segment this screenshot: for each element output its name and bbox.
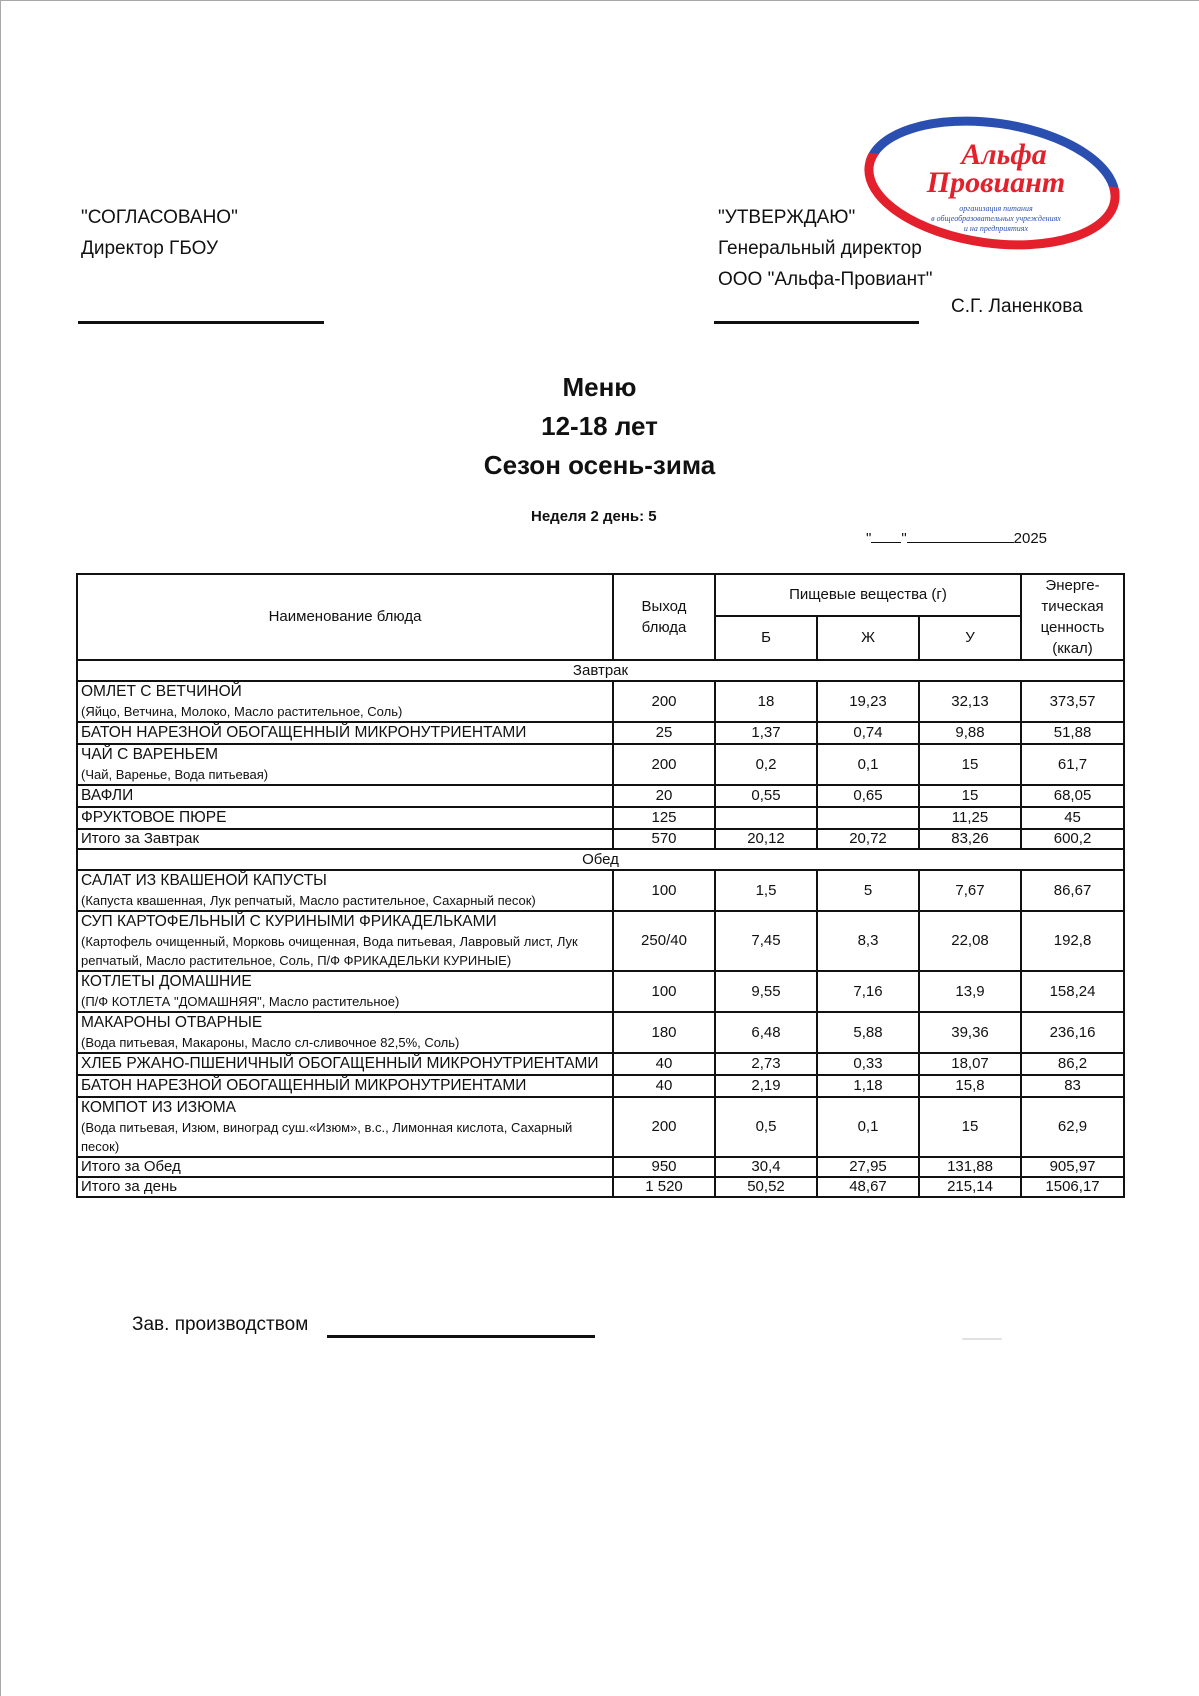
cell-energy: 192,8 bbox=[1021, 911, 1124, 971]
cell-carbs: 15 bbox=[919, 785, 1021, 807]
section-title: Завтрак bbox=[77, 660, 1124, 681]
header-dish: Наименование блюда bbox=[77, 574, 613, 660]
cell-fat: 5,88 bbox=[817, 1012, 919, 1053]
date-year: 2025 bbox=[1014, 530, 1047, 547]
cell-carbs: 18,07 bbox=[919, 1053, 1021, 1075]
cell-carbs: 22,08 bbox=[919, 911, 1021, 971]
header-fat: Ж bbox=[817, 616, 919, 660]
dish-ingredients: (Картофель очищенный, Морковь очищенная,… bbox=[81, 932, 609, 970]
dish-ingredients: (Вода питьевая, Макароны, Масло сл-сливо… bbox=[81, 1033, 609, 1052]
title-line3: Сезон осень-зима bbox=[0, 446, 1199, 485]
cell-protein: 0,2 bbox=[715, 744, 817, 785]
cell-energy: 62,9 bbox=[1021, 1097, 1124, 1157]
dish-cell: БАТОН НАРЕЗНОЙ ОБОГАЩЕННЫЙ МИКРОНУТРИЕНТ… bbox=[77, 722, 613, 744]
cell-energy: 83 bbox=[1021, 1075, 1124, 1097]
cell-fat: 19,23 bbox=[817, 681, 919, 722]
cell-yield: 200 bbox=[613, 681, 715, 722]
cell-energy: 1506,17 bbox=[1021, 1177, 1124, 1197]
cell-energy: 86,67 bbox=[1021, 870, 1124, 911]
faint-mark bbox=[962, 1338, 1002, 1340]
cell-energy: 158,24 bbox=[1021, 971, 1124, 1012]
section-total-row: Итого за Завтрак57020,1220,7283,26600,2 bbox=[77, 829, 1124, 849]
day-total-row: Итого за день1 52050,5248,67215,141506,1… bbox=[77, 1177, 1124, 1197]
dish-cell: КОТЛЕТЫ ДОМАШНИЕ(П/Ф КОТЛЕТА "ДОМАШНЯЯ",… bbox=[77, 971, 613, 1012]
signature-line-right bbox=[714, 321, 919, 324]
dish-cell: ХЛЕБ РЖАНО-ПШЕНИЧНЫЙ ОБОГАЩЕННЫЙ МИКРОНУ… bbox=[77, 1053, 613, 1075]
cell-yield: 100 bbox=[613, 870, 715, 911]
logo-tagline1: организация питания bbox=[959, 204, 1033, 213]
cell-energy: 905,97 bbox=[1021, 1157, 1124, 1177]
cell-yield: 570 bbox=[613, 829, 715, 849]
approval-right-position: Генеральный директор bbox=[718, 233, 933, 264]
dish-cell: СУП КАРТОФЕЛЬНЫЙ С КУРИНЫМИ ФРИКАДЕЛЬКАМ… bbox=[77, 911, 613, 971]
cell-carbs: 39,36 bbox=[919, 1012, 1021, 1053]
cell-fat: 20,72 bbox=[817, 829, 919, 849]
dish-ingredients: (Вода питьевая, Изюм, виноград суш.«Изюм… bbox=[81, 1118, 609, 1156]
cell-fat: 8,3 bbox=[817, 911, 919, 971]
dish-cell: ОМЛЕТ С ВЕТЧИНОЙ(Яйцо, Ветчина, Молоко, … bbox=[77, 681, 613, 722]
cell-carbs: 83,26 bbox=[919, 829, 1021, 849]
cell-fat: 7,16 bbox=[817, 971, 919, 1012]
cell-yield: 180 bbox=[613, 1012, 715, 1053]
cell-yield: 200 bbox=[613, 1097, 715, 1157]
dish-cell: КОМПОТ ИЗ ИЗЮМА(Вода питьевая, Изюм, вин… bbox=[77, 1097, 613, 1157]
table-row: ОМЛЕТ С ВЕТЧИНОЙ(Яйцо, Ветчина, Молоко, … bbox=[77, 681, 1124, 722]
dish-name: ЧАЙ С ВАРЕНЬЕМ bbox=[81, 745, 609, 765]
cell-protein: 2,19 bbox=[715, 1075, 817, 1097]
production-head-signature-line bbox=[327, 1335, 595, 1338]
cell-carbs: 9,88 bbox=[919, 722, 1021, 744]
header-energy: Энерге-тическая ценность (ккал) bbox=[1021, 574, 1124, 660]
table-row: ЧАЙ С ВАРЕНЬЕМ(Чай, Варенье, Вода питьев… bbox=[77, 744, 1124, 785]
cell-energy: 61,7 bbox=[1021, 744, 1124, 785]
production-head-signature-label: Зав. производством bbox=[132, 1314, 308, 1336]
dish-ingredients: (Яйцо, Ветчина, Молоко, Масло растительн… bbox=[81, 702, 609, 721]
total-label: Итого за Завтрак bbox=[77, 829, 613, 849]
cell-energy: 600,2 bbox=[1021, 829, 1124, 849]
cell-yield: 250/40 bbox=[613, 911, 715, 971]
section-header-row: Обед bbox=[77, 849, 1124, 870]
dish-ingredients: (П/Ф КОТЛЕТА "ДОМАШНЯЯ", Масло раститель… bbox=[81, 992, 609, 1011]
approval-left-block: "СОГЛАСОВАНО" Директор ГБОУ bbox=[81, 202, 238, 264]
cell-protein: 50,52 bbox=[715, 1177, 817, 1197]
cell-fat: 0,33 bbox=[817, 1053, 919, 1075]
date-field: ""2025 bbox=[866, 530, 1047, 547]
dish-name: БАТОН НАРЕЗНОЙ ОБОГАЩЕННЫЙ МИКРОНУТРИЕНТ… bbox=[81, 1076, 609, 1096]
section-total-row: Итого за Обед95030,427,95131,88905,97 bbox=[77, 1157, 1124, 1177]
cell-protein: 0,55 bbox=[715, 785, 817, 807]
logo-tagline2: в общеобразовательных учреждениях bbox=[931, 214, 1061, 223]
cell-yield: 200 bbox=[613, 744, 715, 785]
cell-fat bbox=[817, 807, 919, 829]
dish-cell: ВАФЛИ bbox=[77, 785, 613, 807]
approval-right-block: "УТВЕРЖДАЮ" Генеральный директор ООО "Ал… bbox=[718, 202, 933, 295]
dish-name: КОМПОТ ИЗ ИЗЮМА bbox=[81, 1098, 609, 1118]
cell-energy: 373,57 bbox=[1021, 681, 1124, 722]
cell-yield: 1 520 bbox=[613, 1177, 715, 1197]
cell-carbs: 11,25 bbox=[919, 807, 1021, 829]
approval-right-signer: С.Г. Ланенкова bbox=[951, 296, 1083, 318]
cell-energy: 45 bbox=[1021, 807, 1124, 829]
title-line2: 12-18 лет bbox=[0, 407, 1199, 446]
cell-fat: 5 bbox=[817, 870, 919, 911]
cell-yield: 125 bbox=[613, 807, 715, 829]
cell-protein: 9,55 bbox=[715, 971, 817, 1012]
dish-name: ХЛЕБ РЖАНО-ПШЕНИЧНЫЙ ОБОГАЩЕННЫЙ МИКРОНУ… bbox=[81, 1054, 609, 1074]
dish-cell: ЧАЙ С ВАРЕНЬЕМ(Чай, Варенье, Вода питьев… bbox=[77, 744, 613, 785]
header-protein: Б bbox=[715, 616, 817, 660]
cell-carbs: 32,13 bbox=[919, 681, 1021, 722]
cell-yield: 40 bbox=[613, 1053, 715, 1075]
table-row: САЛАТ ИЗ КВАШЕНОЙ КАПУСТЫ(Капуста квашен… bbox=[77, 870, 1124, 911]
dish-cell: БАТОН НАРЕЗНОЙ ОБОГАЩЕННЫЙ МИКРОНУТРИЕНТ… bbox=[77, 1075, 613, 1097]
dish-name: ВАФЛИ bbox=[81, 786, 609, 806]
approval-left-position: Директор ГБОУ bbox=[81, 233, 238, 264]
cell-protein: 20,12 bbox=[715, 829, 817, 849]
cell-protein: 1,5 bbox=[715, 870, 817, 911]
logo-tagline3: и на предприятиях bbox=[964, 224, 1029, 233]
section-header-row: Завтрак bbox=[77, 660, 1124, 681]
cell-fat: 1,18 bbox=[817, 1075, 919, 1097]
cell-protein: 6,48 bbox=[715, 1012, 817, 1053]
cell-carbs: 15,8 bbox=[919, 1075, 1021, 1097]
cell-carbs: 13,9 bbox=[919, 971, 1021, 1012]
cell-carbs: 215,14 bbox=[919, 1177, 1021, 1197]
cell-protein: 1,37 bbox=[715, 722, 817, 744]
day-total-label: Итого за день bbox=[77, 1177, 613, 1197]
header-yield: Выход блюда bbox=[613, 574, 715, 660]
week-day-label: Неделя 2 день: 5 bbox=[531, 508, 657, 525]
total-label: Итого за Обед bbox=[77, 1157, 613, 1177]
cell-protein: 30,4 bbox=[715, 1157, 817, 1177]
title-line1: Меню bbox=[0, 368, 1199, 407]
cell-energy: 86,2 bbox=[1021, 1053, 1124, 1075]
cell-protein: 7,45 bbox=[715, 911, 817, 971]
page-edge-left bbox=[0, 0, 1, 1696]
date-day-blank bbox=[871, 530, 901, 543]
dish-cell: ФРУКТОВОЕ ПЮРЕ bbox=[77, 807, 613, 829]
cell-yield: 950 bbox=[613, 1157, 715, 1177]
cell-fat: 27,95 bbox=[817, 1157, 919, 1177]
cell-carbs: 15 bbox=[919, 1097, 1021, 1157]
table-row: ХЛЕБ РЖАНО-ПШЕНИЧНЫЙ ОБОГАЩЕННЫЙ МИКРОНУ… bbox=[77, 1053, 1124, 1075]
cell-energy: 236,16 bbox=[1021, 1012, 1124, 1053]
dish-ingredients: (Капуста квашенная, Лук репчатый, Масло … bbox=[81, 891, 609, 910]
cell-fat: 0,1 bbox=[817, 744, 919, 785]
cell-carbs: 7,67 bbox=[919, 870, 1021, 911]
dish-name: ОМЛЕТ С ВЕТЧИНОЙ bbox=[81, 682, 609, 702]
cell-energy: 51,88 bbox=[1021, 722, 1124, 744]
cell-carbs: 15 bbox=[919, 744, 1021, 785]
dish-name: САЛАТ ИЗ КВАШЕНОЙ КАПУСТЫ bbox=[81, 871, 609, 891]
cell-fat: 0,1 bbox=[817, 1097, 919, 1157]
date-month-blank bbox=[907, 530, 1014, 543]
table-row: ФРУКТОВОЕ ПЮРЕ12511,2545 bbox=[77, 807, 1124, 829]
cell-yield: 40 bbox=[613, 1075, 715, 1097]
dish-cell: МАКАРОНЫ ОТВАРНЫЕ(Вода питьевая, Макарон… bbox=[77, 1012, 613, 1053]
cell-fat: 48,67 bbox=[817, 1177, 919, 1197]
cell-fat: 0,74 bbox=[817, 722, 919, 744]
page-title: Меню 12-18 лет Сезон осень-зима bbox=[0, 368, 1199, 485]
table-row: ВАФЛИ200,550,651568,05 bbox=[77, 785, 1124, 807]
table-row: МАКАРОНЫ ОТВАРНЫЕ(Вода питьевая, Макарон… bbox=[77, 1012, 1124, 1053]
cell-protein bbox=[715, 807, 817, 829]
approval-left-heading: "СОГЛАСОВАНО" bbox=[81, 202, 238, 233]
header-carbs: У bbox=[919, 616, 1021, 660]
menu-table: Наименование блюда Выход блюда Пищевые в… bbox=[76, 573, 1125, 1198]
cell-yield: 25 bbox=[613, 722, 715, 744]
cell-protein: 18 bbox=[715, 681, 817, 722]
dish-name: КОТЛЕТЫ ДОМАШНИЕ bbox=[81, 972, 609, 992]
dish-name: МАКАРОНЫ ОТВАРНЫЕ bbox=[81, 1013, 609, 1033]
table-row: БАТОН НАРЕЗНОЙ ОБОГАЩЕННЫЙ МИКРОНУТРИЕНТ… bbox=[77, 1075, 1124, 1097]
header-nutrients: Пищевые вещества (г) bbox=[715, 574, 1021, 616]
table-row: СУП КАРТОФЕЛЬНЫЙ С КУРИНЫМИ ФРИКАДЕЛЬКАМ… bbox=[77, 911, 1124, 971]
approval-right-heading: "УТВЕРЖДАЮ" bbox=[718, 202, 933, 233]
cell-yield: 20 bbox=[613, 785, 715, 807]
table-row: БАТОН НАРЕЗНОЙ ОБОГАЩЕННЫЙ МИКРОНУТРИЕНТ… bbox=[77, 722, 1124, 744]
cell-protein: 0,5 bbox=[715, 1097, 817, 1157]
dish-name: ФРУКТОВОЕ ПЮРЕ bbox=[81, 808, 609, 828]
dish-cell: САЛАТ ИЗ КВАШЕНОЙ КАПУСТЫ(Капуста квашен… bbox=[77, 870, 613, 911]
dish-name: БАТОН НАРЕЗНОЙ ОБОГАЩЕННЫЙ МИКРОНУТРИЕНТ… bbox=[81, 723, 609, 743]
dish-ingredients: (Чай, Варенье, Вода питьевая) bbox=[81, 765, 609, 784]
cell-yield: 100 bbox=[613, 971, 715, 1012]
table-row: КОТЛЕТЫ ДОМАШНИЕ(П/Ф КОТЛЕТА "ДОМАШНЯЯ",… bbox=[77, 971, 1124, 1012]
signature-line-left bbox=[78, 321, 324, 324]
approval-right-organization: ООО "Альфа-Провиант" bbox=[718, 264, 933, 295]
dish-name: СУП КАРТОФЕЛЬНЫЙ С КУРИНЫМИ ФРИКАДЕЛЬКАМ… bbox=[81, 912, 609, 932]
cell-fat: 0,65 bbox=[817, 785, 919, 807]
section-title: Обед bbox=[77, 849, 1124, 870]
cell-carbs: 131,88 bbox=[919, 1157, 1021, 1177]
table-row: КОМПОТ ИЗ ИЗЮМА(Вода питьевая, Изюм, вин… bbox=[77, 1097, 1124, 1157]
menu-table-body: ЗавтракОМЛЕТ С ВЕТЧИНОЙ(Яйцо, Ветчина, М… bbox=[77, 660, 1124, 1197]
logo-line2: Провиант bbox=[926, 166, 1065, 199]
cell-energy: 68,05 bbox=[1021, 785, 1124, 807]
page-edge-top bbox=[0, 0, 1199, 1]
cell-protein: 2,73 bbox=[715, 1053, 817, 1075]
